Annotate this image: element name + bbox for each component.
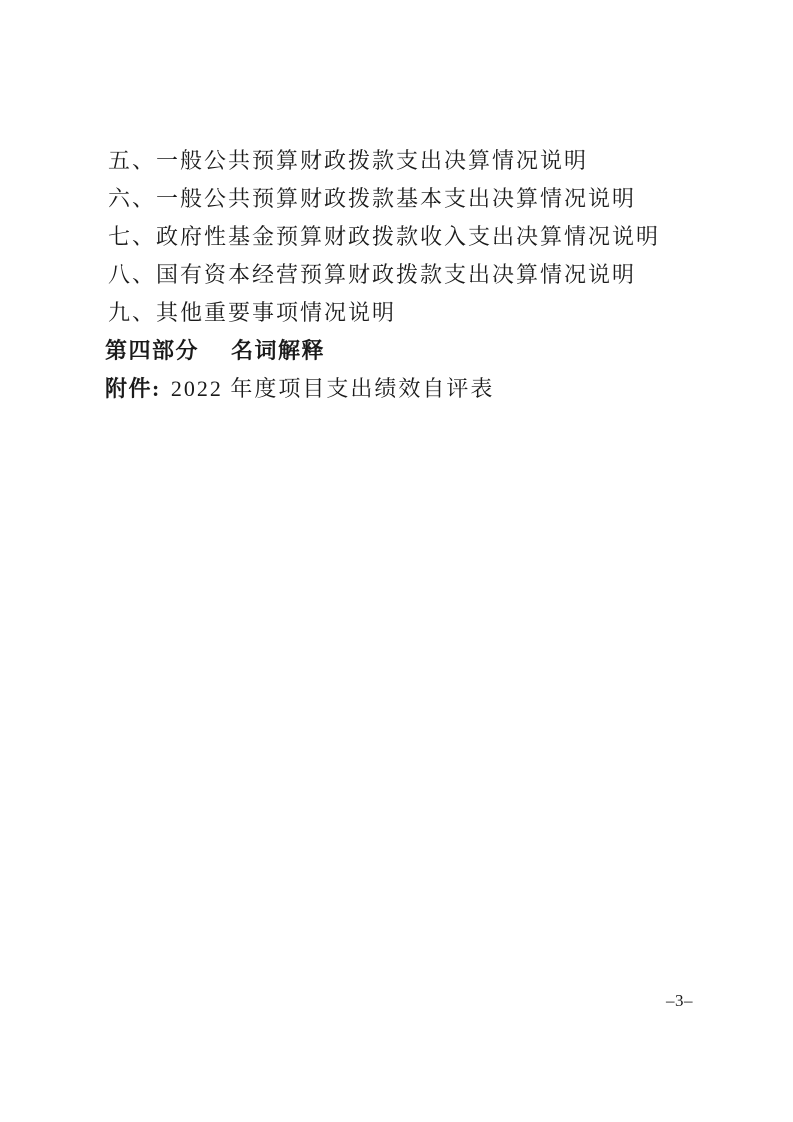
toc-item-6: 六、一般公共预算财政拨款基本支出决算情况说明	[108, 180, 708, 218]
section-heading-title: 名词解释	[231, 338, 325, 363]
toc-item-8: 八、国有资本经营预算财政拨款支出决算情况说明	[108, 256, 708, 294]
toc-item-7: 七、政府性基金预算财政拨款收入支出决算情况说明	[108, 218, 708, 256]
attachment-label: 附件:	[105, 376, 161, 401]
page-number: –3–	[666, 991, 693, 1011]
section-heading-label: 第四部分	[105, 338, 199, 363]
toc-item-5: 五、一般公共预算财政拨款支出决算情况说明	[108, 142, 708, 180]
attachment-text: 2022 年度项目支出绩效自评表	[171, 376, 495, 401]
attachment-line: 附件:2022 年度项目支出绩效自评表	[105, 370, 708, 408]
toc-item-9: 九、其他重要事项情况说明	[108, 294, 708, 332]
document-body: 五、一般公共预算财政拨款支出决算情况说明 六、一般公共预算财政拨款基本支出决算情…	[108, 142, 708, 408]
document-page: 五、一般公共预算财政拨款支出决算情况说明 六、一般公共预算财政拨款基本支出决算情…	[0, 0, 793, 1122]
section-heading: 第四部分名词解释	[105, 332, 708, 370]
